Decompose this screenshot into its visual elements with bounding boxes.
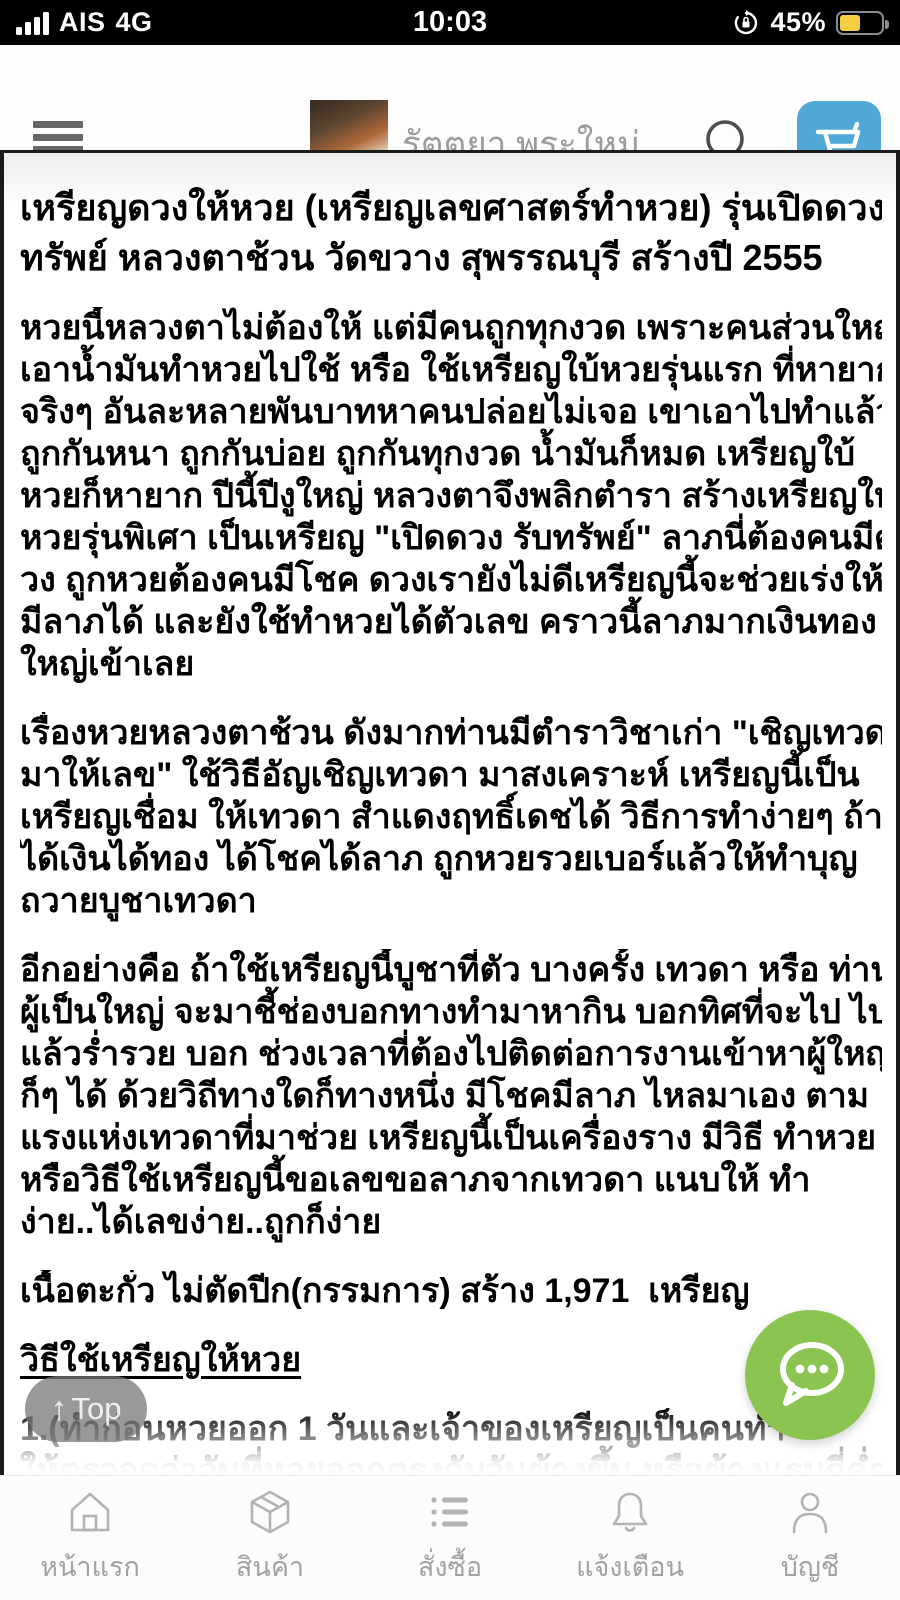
bottom-navigation: หน้าแรก สินค้า สั่งซื้อ แจ้งเตือน [0, 1475, 900, 1600]
order-list-icon [426, 1488, 474, 1536]
description-paragraph-1: หวยนี้หลวงตาไม่ต้องให้ แต่มีคนถูกทุกงวด … [20, 307, 882, 685]
description-paragraph-3: อีกอย่างคือ ถ้าใช้เหรียญนี้บูชาที่ตัว บา… [20, 949, 882, 1243]
clock: 10:03 [0, 6, 900, 39]
product-description: เหรียญดวงให้หวย (เหรียญเลขศาสตร์ทำหวย) ร… [0, 150, 900, 1476]
nav-label: สั่งซื้อ [418, 1545, 482, 1588]
nav-item-orders[interactable]: สั่งซื้อ [360, 1476, 540, 1600]
nav-label: หน้าแรก [40, 1545, 140, 1588]
chat-button[interactable] [745, 1310, 875, 1440]
nav-item-account[interactable]: บัญชี [720, 1476, 900, 1600]
chat-bubble-icon [762, 1327, 858, 1423]
nav-item-notifications[interactable]: แจ้งเตือน [540, 1476, 720, 1600]
howto-step-1: 1.(ทำก่อนหวยออก 1 วันและเจ้าของเหรียญเป็… [20, 1408, 882, 1476]
product-title: เหรียญดวงให้หวย (เหรียญเลขศาสตร์ทำหวย) ร… [20, 183, 882, 283]
bell-icon [606, 1488, 654, 1536]
edition-info-line: เนื้อตะกั่ว ไม่ตัดปีก(กรรมการ) สร้าง 1,9… [20, 1270, 882, 1312]
status-bar: AIS 4G 10:03 45% [0, 0, 900, 45]
scroll-to-top-label: Top [72, 1391, 122, 1427]
nav-item-products[interactable]: สินค้า [180, 1476, 360, 1600]
menu-button[interactable] [33, 121, 83, 153]
scroll-to-top-button[interactable]: ↑ Top [25, 1376, 147, 1442]
nav-label: แจ้งเตือน [576, 1545, 684, 1588]
nav-label: สินค้า [236, 1545, 304, 1588]
nav-item-home[interactable]: หน้าแรก [0, 1476, 180, 1600]
howto-heading: วิธีใช้เหรียญให้หวย [20, 1341, 301, 1379]
account-icon [786, 1488, 834, 1536]
phone-screen: AIS 4G 10:03 45% รัตตยา พระใหม่ [0, 0, 900, 1600]
nav-label: บัญชี [781, 1545, 839, 1588]
home-icon [66, 1488, 114, 1536]
up-arrow-icon: ↑ [51, 1392, 68, 1426]
battery-icon [836, 11, 884, 35]
package-icon [246, 1488, 294, 1536]
description-paragraph-2: เรื่องหวยหลวงตาช้วน ดังมากท่านมีตำราวิชา… [20, 712, 882, 922]
app-header: รัตตยา พระใหม่ [0, 45, 900, 151]
